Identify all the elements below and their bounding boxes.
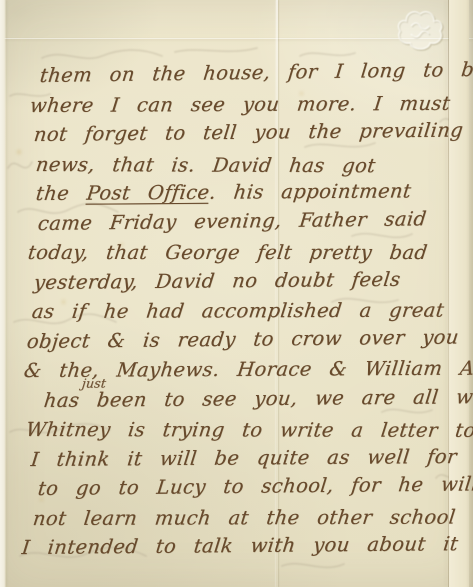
letter-line-text: I think it will be quite as well for him [30, 445, 473, 471]
letter-line-text: news, that is. David has got [35, 153, 377, 177]
inserted-word: just [81, 375, 107, 390]
letter-line-text: has been to see you, we are all well [43, 385, 473, 412]
letter-line: where I can see you more. I must [29, 92, 452, 117]
underlined-text: Post Office [85, 181, 210, 205]
letter-line-text: them on the house, for I long to be [39, 58, 473, 87]
letter-line-text: not forget to tell you the prevailing [33, 119, 465, 146]
letter-page: them on the house, for I long to bewhere… [0, 0, 473, 587]
letter-line: today, that George felt pretty bad [27, 241, 429, 264]
letter-line: object & is ready to crow over you & [26, 325, 473, 353]
letter-line-text: where I can see you more. I must [29, 92, 452, 117]
letter-line-text: Whitney is trying to write a letter to E… [25, 418, 473, 442]
letter-line-text: came Friday evening, Father said [37, 207, 428, 235]
letter-line-text: object & is ready to crow over you & [26, 325, 473, 353]
letter-line: yesterday, David no doubt feels [33, 268, 402, 294]
letter-line: Whitney is trying to write a letter to E… [25, 418, 473, 442]
letter-line-text: today, that George felt pretty bad [27, 241, 429, 264]
letter-line: justhas been to see you, we are all well [43, 385, 473, 412]
letter-line-text: not learn much at the other school [32, 506, 457, 530]
letter-line: as if he had accomplished a great [31, 299, 446, 323]
letter-line: the Post Office. his appointment [35, 179, 413, 205]
letter-line-text: yesterday, David no doubt feels [33, 268, 402, 294]
letter-line-text: the [35, 182, 88, 205]
letter-line: I intended to talk with you about it [21, 532, 460, 559]
letter-line: to go to Lucy to school, for he will [37, 472, 473, 500]
letter-line-text: to go to Lucy to school, for he will [37, 472, 473, 500]
letter-line: not forget to tell you the prevailing [33, 119, 465, 146]
letter-line: came Friday evening, Father said [37, 207, 428, 235]
letter-line-text: as if he had accomplished a great [31, 299, 446, 323]
letter-line: not learn much at the other school [32, 506, 457, 530]
letter-line: them on the house, for I long to be [39, 58, 473, 87]
letter-line-text: . his appointment [208, 179, 412, 203]
letter-line: news, that is. David has got [35, 153, 377, 177]
letter-lines: them on the house, for I long to bewhere… [0, 0, 473, 587]
letter-line-text: I intended to talk with you about it [21, 532, 460, 559]
letter-line: I think it will be quite as well for him [30, 445, 473, 471]
